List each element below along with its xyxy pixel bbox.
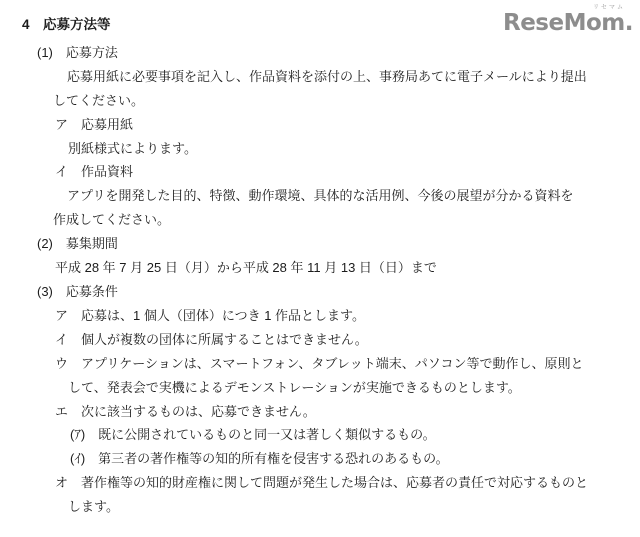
section-3-label: (3) 応募条件 (37, 280, 640, 304)
section-3-item-o-line-1: オ 著作権等の知的財産権に関して問題が発生した場合は、応募者の責任で対応するもの… (55, 471, 640, 495)
section-1-label: (1) 応募方法 (37, 41, 640, 65)
section-2-period: 平成 28 年 7 月 25 日（月）から平成 28 年 11 月 13 日（日… (55, 256, 640, 280)
section-3-item-e-sub-i: (ｲ) 第三者の著作権等の知的所有権を侵害する恐れのあるもの。 (70, 447, 640, 471)
document-body: 4 応募方法等 (1) 応募方法 応募用紙に必要事項を記入し、作品資料を添付の上… (0, 13, 640, 519)
section-3-item-e-sub-a: (ｱ) 既に公開されているものと同一又は著しく類似するもの。 (70, 423, 640, 447)
section-3-item-e-label: エ 次に該当するものは、応募できません。 (55, 400, 640, 424)
section-3-item-u-line-2: して、発表会で実機によるデモンストレーションが実施できるものとします。 (68, 376, 640, 400)
doc-heading: 4 応募方法等 (22, 13, 640, 37)
section-3-item-i: イ 個人が複数の団体に所属することはできません。 (55, 328, 640, 352)
section-1-paragraph-line-1: 応募用紙に必要事項を記入し、作品資料を添付の上、事務局あてに電子メールにより提出 (67, 65, 640, 89)
section-1-item-i-body-line-2: 作成してください。 (53, 208, 640, 232)
document-page: リセマム ReseMom. 4 応募方法等 (1) 応募方法 応募用紙に必要事項… (0, 0, 640, 537)
section-2-label: (2) 募集期間 (37, 232, 640, 256)
section-1-item-a-body: 別紙様式によります。 (68, 137, 640, 161)
section-1-paragraph-line-2: してください。 (53, 89, 640, 113)
section-3-item-a: ア 応募は、1 個人（団体）につき 1 作品とします。 (55, 304, 640, 328)
section-1-item-i-label: イ 作品資料 (55, 160, 640, 184)
section-1-item-a-label: ア 応募用紙 (55, 113, 640, 137)
section-1-item-i-body-line-1: アプリを開発した目的、特徴、動作環境、具体的な活用例、今後の展望が分かる資料を (67, 184, 640, 208)
section-3-item-o-line-2: します。 (68, 495, 640, 519)
section-3-item-u-line-1: ウ アプリケーションは、スマートフォン、タブレット端末、パソコン等で動作し、原則… (55, 352, 640, 376)
